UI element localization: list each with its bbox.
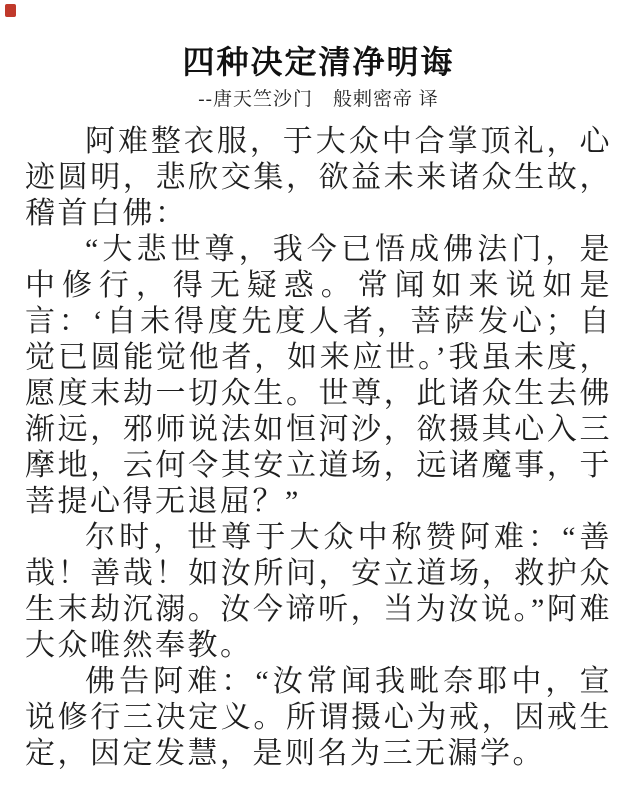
paragraph-ananda-bows: 阿难整衣服，于大众中合掌顶礼，心迹圆明，悲欣交集，欲益未来诸众生故，稽首白佛： <box>25 124 612 232</box>
red-corner-mark-icon <box>5 4 16 17</box>
document-page: 四种决定清净明诲 --唐天竺沙门 般剌密帝 译 阿难整衣服，于大众中合掌顶礼，心… <box>0 0 637 800</box>
translator-line: --唐天竺沙门 般剌密帝 译 <box>0 89 637 111</box>
paragraph-buddha-praise: 尔时，世尊于大众中称赞阿难：“善哉！善哉！如汝所问，安立道场，救护众生末劫沉溺。… <box>25 520 612 664</box>
paragraph-ananda-question: “大悲世尊，我今已悟成佛法门，是中修行，得无疑惑。常闻如来说如是言：‘自未得度先… <box>25 232 612 520</box>
paragraph-three-studies: 佛告阿难：“汝常闻我毗奈耶中，宣说修行三决定义。所谓摄心为戒，因戒生定，因定发慧… <box>25 664 612 772</box>
document-title: 四种决定清净明诲 <box>0 0 637 80</box>
document-body: 阿难整衣服，于大众中合掌顶礼，心迹圆明，悲欣交集，欲益未来诸众生故，稽首白佛： … <box>25 124 612 772</box>
